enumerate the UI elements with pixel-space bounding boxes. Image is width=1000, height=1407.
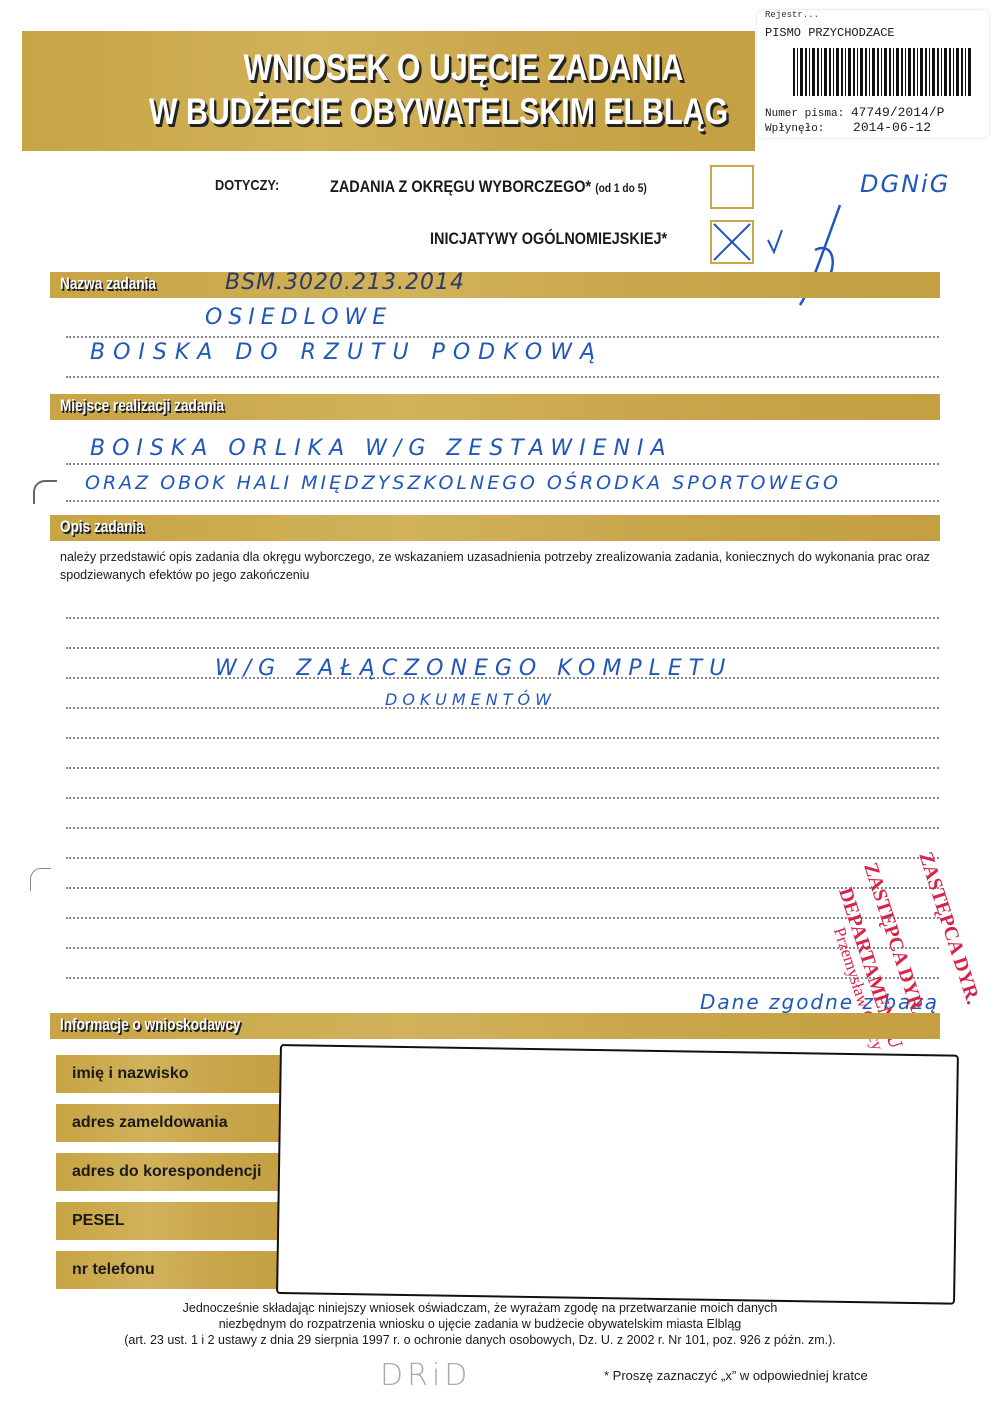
dotyczy-label: DOTYCZY:	[215, 177, 279, 194]
field-nr-telefonu: nr telefonu	[56, 1251, 286, 1289]
registry-type: PISMO PRZYCHODZACE	[765, 26, 895, 40]
opis-line-1: W/G ZAŁĄCZONEGO KOMPLETU	[215, 656, 732, 681]
section-wnioskodawca-bar: Informacje o wnioskodawcy	[50, 1013, 940, 1039]
consent-text: Jednocześnie składając niniejszy wniosek…	[60, 1300, 900, 1348]
reference-number: BSM.3020.213.2014	[225, 270, 465, 295]
nazwa-line-2: BOISKA DO RZUTU PODKOWĄ	[90, 340, 603, 365]
barcode	[793, 48, 973, 96]
title-line-1: WNIOSEK O UJĘCIE ZADANIA	[224, 47, 702, 89]
consent-line-1: Jednocześnie składając niniejszy wniosek…	[60, 1300, 900, 1316]
section-opis-label: Opis zadania	[60, 517, 144, 537]
section-miejsce-bar: Miejsce realizacji zadania	[50, 394, 940, 420]
miejsce-line-1: BOISKA ORLIKA W/G ZESTAWIENIA	[90, 436, 673, 461]
field-imie-nazwisko: imię i nazwisko	[56, 1055, 286, 1093]
consent-line-2: niezbędnym do rozpatrzenia wniosku o uję…	[60, 1316, 900, 1332]
punch-mark	[33, 480, 57, 504]
section-wnioskodawca-label: Informacje o wnioskodawcy	[60, 1015, 241, 1035]
checkbox-okreg[interactable]	[710, 165, 754, 209]
field-adres-korespondencji: adres do korespondencji	[56, 1153, 286, 1191]
miejsce-line-2: ORAZ OBOK HALI MIĘDZYSZKOLNEGO OŚRODKA S…	[85, 472, 841, 494]
registry-sticker: Rejestr... PISMO PRZYCHODZACE Numer pism…	[757, 10, 989, 138]
footnote: * Proszę zaznaczyć „x” w odpowiedniej kr…	[604, 1368, 868, 1383]
consent-line-3: (art. 23 ust. 1 i 2 ustawy z dnia 29 sie…	[60, 1332, 900, 1348]
section-opis-bar: Opis zadania	[50, 515, 940, 541]
nazwa-line-1: OSIEDLOWE	[205, 305, 392, 330]
x-mark-icon	[712, 222, 752, 262]
section-nazwa-bar: Nazwa zadania	[50, 272, 940, 298]
pencil-note: DRiD	[380, 1358, 471, 1393]
opis-line-2: DOKUMENTÓW	[385, 690, 556, 709]
field-pesel: PESEL	[56, 1202, 286, 1240]
registry-top-text: Rejestr...	[765, 10, 819, 20]
section-miejsce-label: Miejsce realizacji zadania	[60, 396, 224, 416]
punch-mark	[30, 868, 51, 891]
received-value: 2014-06-12	[853, 120, 931, 135]
received-label: Wpłynęło:	[765, 123, 824, 135]
checkbox-ogolnomiejska[interactable]	[710, 220, 754, 264]
section-nazwa-label: Nazwa zadania	[60, 274, 156, 294]
title-banner: WNIOSEK O UJĘCIE ZADANIA W BUDŻECIE OBYW…	[22, 31, 755, 151]
stamp-line-1: ZASTĘPCA DYR.	[913, 849, 984, 1007]
option-okreg-label: ZADANIA Z OKRĘGU WYBORCZEGO* (od 1 do 5)	[330, 177, 647, 197]
field-adres-zameldowania: adres zameldowania	[56, 1104, 286, 1142]
redacted-applicant-data	[276, 1044, 959, 1305]
title-line-2: W BUDŻECIE OBYWATELSKIM ELBLĄG	[146, 91, 731, 133]
number-value: 47749/2014/P	[851, 105, 945, 120]
opis-instruction: należy przedstawić opis zadania dla okrę…	[60, 548, 940, 584]
handwritten-dept-note: DGNiG	[860, 170, 950, 198]
option-ogolnomiejska-label: INICJATYWY OGÓLNOMIEJSKIEJ*	[430, 229, 667, 249]
number-label: Numer pisma:	[765, 108, 844, 120]
